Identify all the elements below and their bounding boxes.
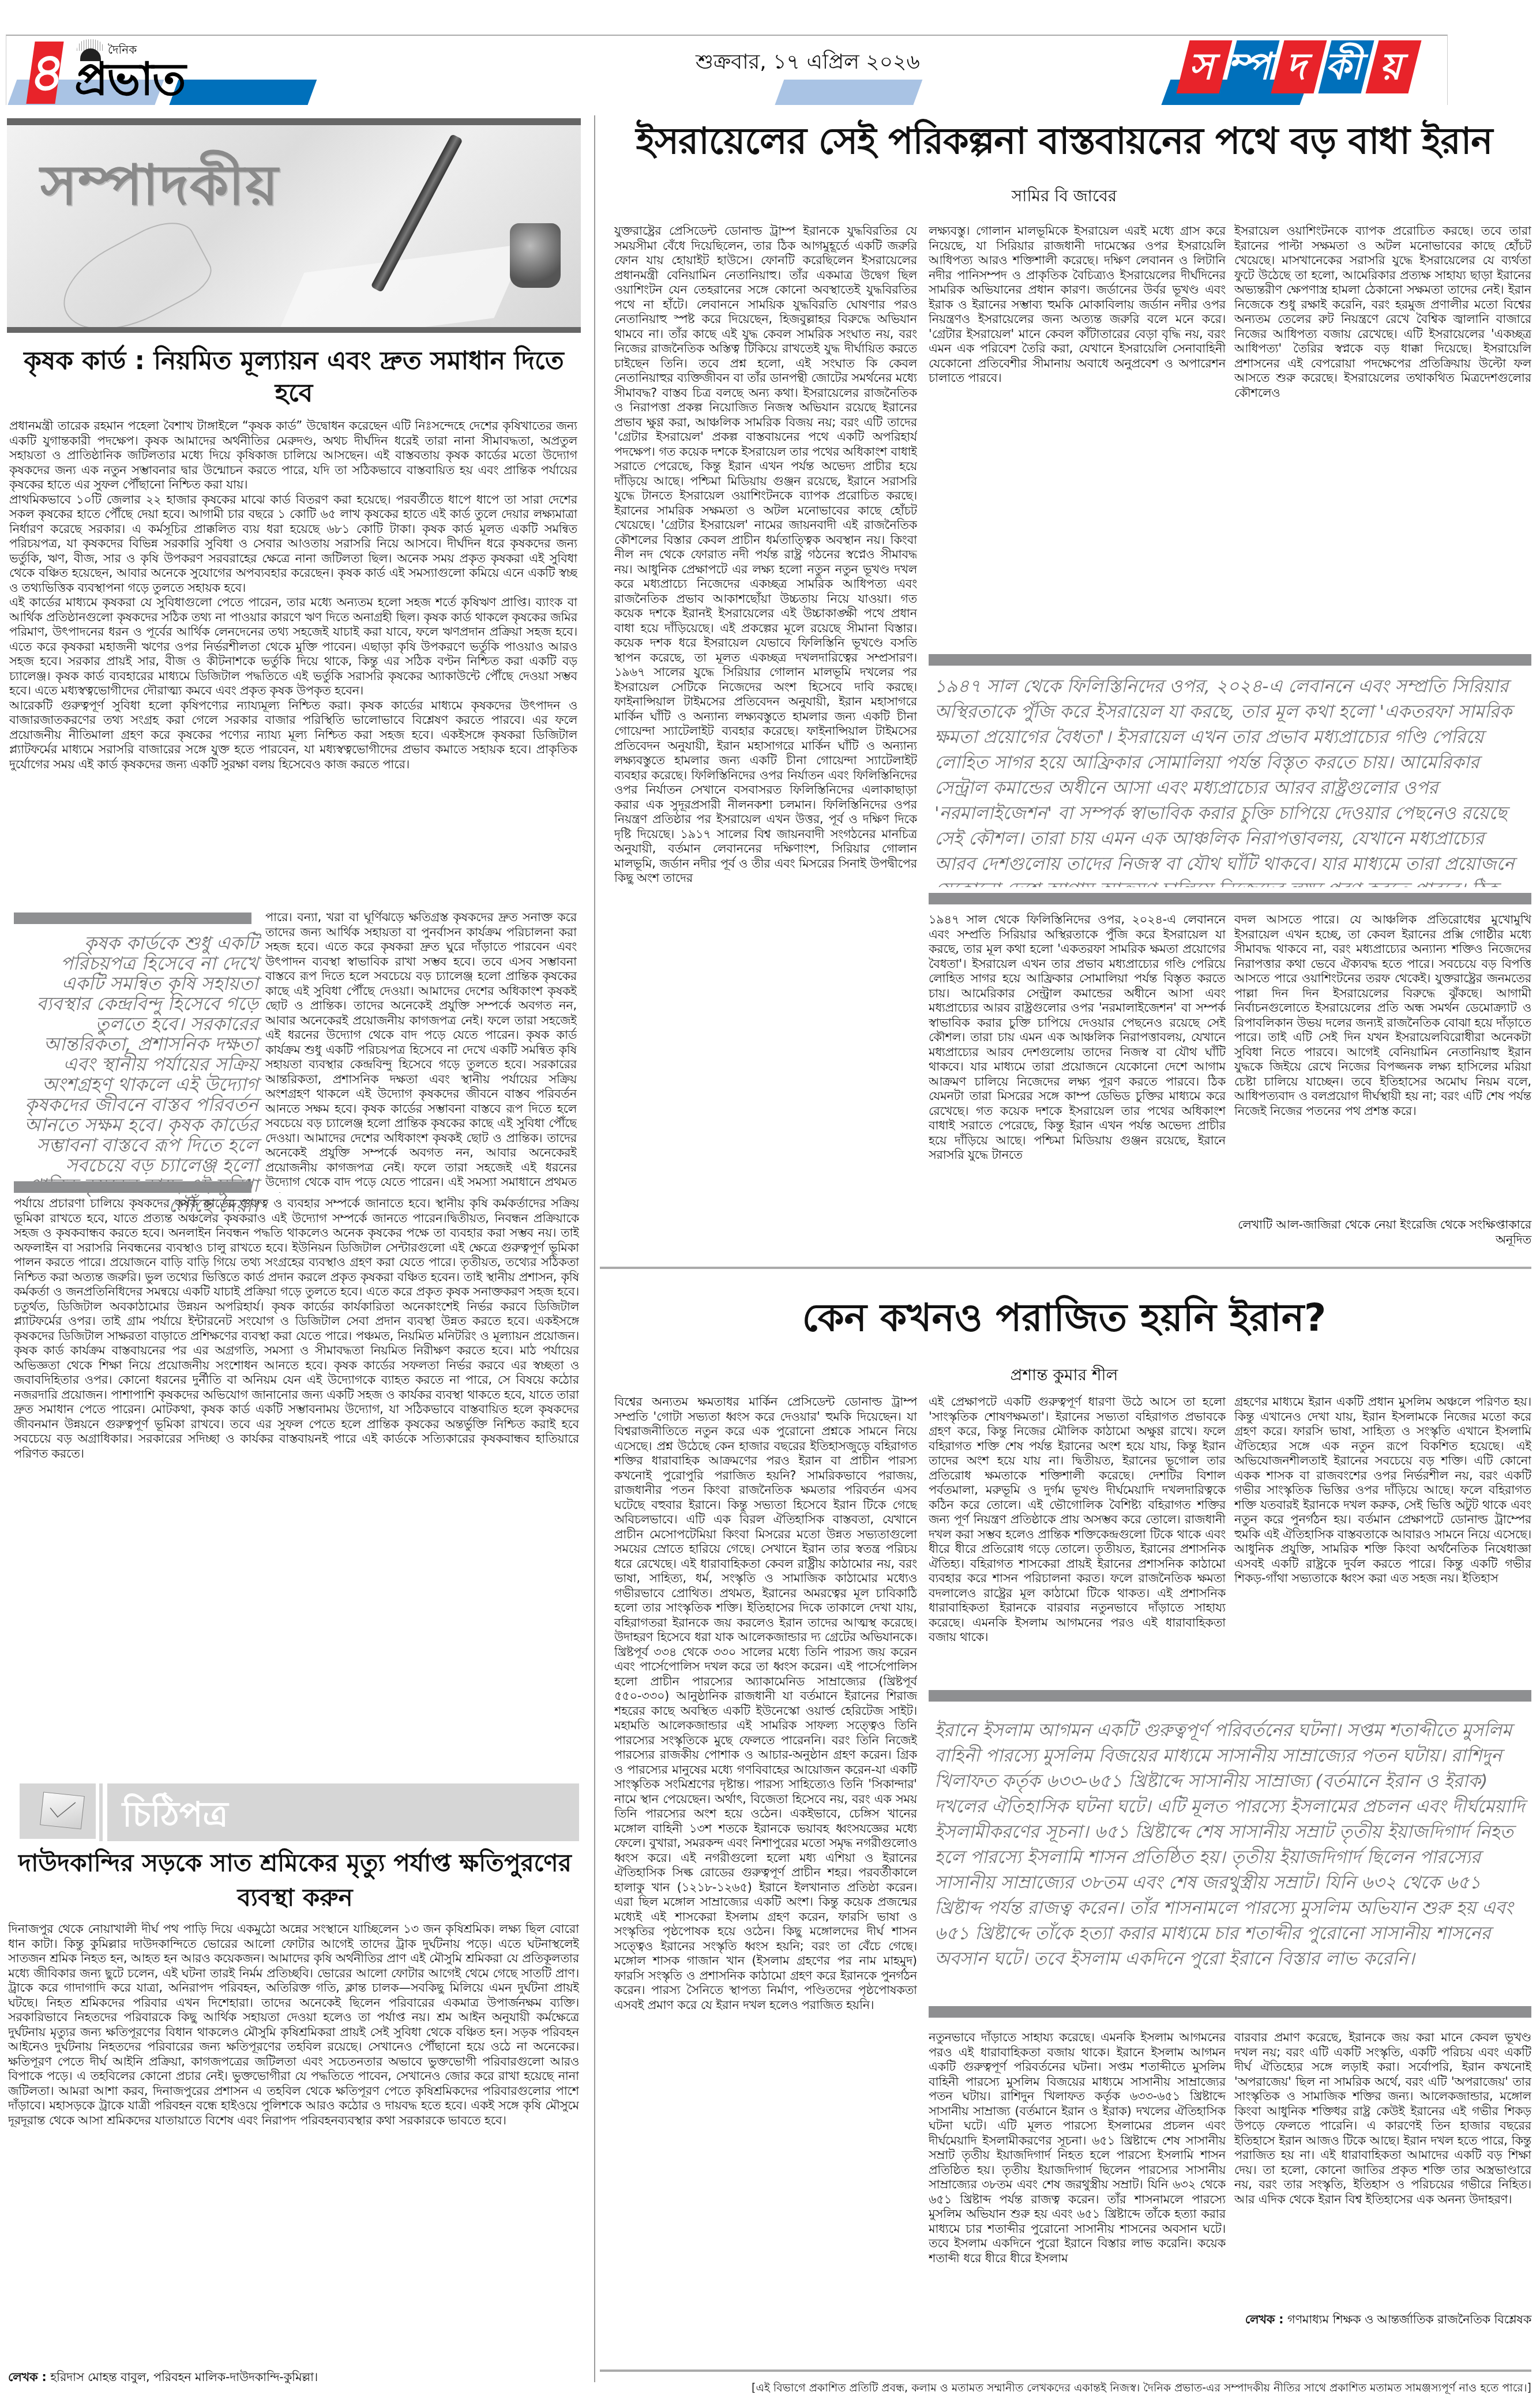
article1-column-3: ইসরায়েল ওয়াশিংটনকে ব্যাপক প্ররোচিত করছ… [1234,224,1531,648]
author-label: লেখক : [1245,2312,1284,2326]
letters-banner: চিঠিপত্র [20,1783,579,1841]
banner-separator [99,1783,103,1841]
letter-author: লেখক : হরিদাস মোহন্ত বাবুল, পরিবহন মালিক… [8,2368,579,2388]
envelope-icon [40,1792,85,1829]
section-letter: স [1177,40,1233,93]
masthead: ৪ দৈনিক প্রভাত শুক্রবার, ১৭ এপ্রিল ২০২৬ … [6,35,1448,105]
paragraph: দিনাজপুর থেকে নোয়াখালী দীর্ঘ পথ পাড়ি দ… [8,1922,579,2128]
paragraph: পারে। বন্যা, খরা বা ঘূর্ণিঝড়ে ক্ষতিগ্রস… [265,910,577,1193]
article1-column-2: লক্ষ্যবস্তু। গোলান মালভূমিকে ইসরায়েল এর… [929,224,1226,648]
paragraph: বারবার প্রমাণ করেছে, ইরানকে জয় করা মানে… [1234,2030,1531,2207]
article1-pull-quote: ১৯৪৭ সাল থেকে ফিলিস্তিনিদের ওপর, ২০২৪-এ … [934,674,1528,887]
article1-headline[interactable]: ইসরায়েলের সেই পরিকল্পনা বাস্তবায়নের পথ… [600,118,1528,164]
footer-divider [600,2370,1531,2372]
paragraph: পর্যায়ে প্রচারণা চালিয়ে কৃষকদের কৃষক ক… [14,1196,579,1461]
paragraph: ১৯৪৭ সাল থেকে ফিলিস্তিনিদের ওপর, ২০২৪-এ … [929,913,1226,1163]
newspaper-logo[interactable]: দৈনিক প্রভাত [74,36,155,105]
masthead-band-decoration [775,80,923,105]
section-letter: ম্পা [1224,40,1280,93]
opinion-disclaimer: [এই বিভাগে প্রকাশিত প্রতিটি প্রবন্ধ, কলা… [600,2380,1531,2398]
editorial-body-right: পারে। বন্যা, খরা বা ঘূর্ণিঝড়ে ক্ষতিগ্রস… [265,910,577,1193]
ink-bottle-icon [510,223,561,288]
column-divider [594,115,595,2382]
article1-source-note: লেখাটি আল-জাজিরা থেকে নেয়া ইংরেজি থেকে … [1234,1217,1531,1247]
author-name: হরিদাস মোহন্ত বাবুল, পরিবহন মালিক-দাউদকা… [50,2370,318,2384]
article2-column-3: গ্রহণের মাধ্যমে ইরান একটি প্রধান মুসলিম … [1234,1395,1531,1677]
author-label: লেখক : [8,2370,47,2384]
issue-date: শুক্রবার, ১৭ এপ্রিল ২০২৬ [696,46,920,81]
editorial-banner-title: সম্পাদকীয় [40,142,279,235]
section-letter: য় [1366,40,1422,93]
logo-name: প্রভাত [74,55,185,104]
article2-column-2-continued: নতুনভাবে দাঁড়াতে সাহায্য করেছে। এমনকি ই… [929,2030,1226,2362]
letters-title-box: চিঠিপত্র [107,1783,579,1841]
pull-quote-divider [929,1690,1531,1702]
paragraph: আরেকটি গুরুত্বপূর্ণ সুবিধা হলো কৃষিপণ্যে… [9,699,577,772]
paragraph: বদল আসতে পারে। যে আঞ্চলিক প্রতিরোধের মুখ… [1234,913,1531,1118]
paragraph: প্রধানমন্ত্রী তারেক রহমান পহেলা বৈশাখ টা… [9,419,577,493]
paragraph: এই প্রেক্ষাপটে একটি গুরুত্বপূর্ণ ধারণা উ… [929,1395,1226,1645]
article2-author: লেখক : গণমাধ্যম শিক্ষক ও আন্তর্জাতিক রাজ… [1234,2311,1531,2328]
paragraph: বিশ্বের অন্যতম ক্ষমতাধর মার্কিন প্রেসিডে… [614,1395,917,2012]
article1-byline: সামির বি জাবের [600,183,1528,211]
pull-quote-divider [14,913,251,924]
article1-column-1: যুক্তরাষ্ট্রের প্রেসিডেন্ট ডোনাল্ড ট্রাম… [614,224,917,1256]
editorial-body-top: প্রধানমন্ত্রী তারেক রহমান পহেলা বৈশাখ টা… [9,419,577,909]
pull-quote-divider [14,1181,251,1193]
letter-headline[interactable]: দাউদকান্দির সড়কে সাত শ্রমিকের মৃত্যু পর… [14,1846,576,1915]
article2-headline[interactable]: কেন কখনও পরাজিত হয়নি ইরান? [600,1292,1528,1344]
pull-quote-divider [929,893,1531,904]
article2-pull-quote: ইরানে ইসলাম আগমন একটি গুরুত্বপূর্ণ পরিবর… [934,1718,1528,1995]
article2-column-1: বিশ্বের অন্যতম ক্ষমতাধর মার্কিন প্রেসিডে… [614,1395,917,2358]
pull-quote-divider [929,2006,1531,2018]
article2-column-3-continued: বারবার প্রমাণ করেছে, ইরানকে জয় করা মানে… [1234,2030,1531,2296]
section-label-sampadakiya: স ম্পা দ কী য় [1183,40,1415,93]
masthead-band-decoration [169,80,317,105]
article2-column-2: এই প্রেক্ষাপটে একটি গুরুত্বপূর্ণ ধারণা উ… [929,1395,1226,1677]
editorial-headline[interactable]: কৃষক কার্ড : নিয়মিত মূল্যায়ন এবং দ্রুত… [7,345,581,410]
paragraph: লক্ষ্যবস্তু। গোলান মালভূমিকে ইসরায়েল এর… [929,224,1226,386]
paragraph: এই কার্ডের মাধ্যমে কৃষকরা যে সুবিধাগুলো … [9,595,577,699]
editorial-body-bottom: পর্যায়ে প্রচারণা চালিয়ে কৃষকদের কৃষক ক… [14,1196,579,1773]
editorial-pull-quote: কৃষক কার্ডকে শুধু একটি পরিচয়পত্র হিসেবে… [17,933,258,1216]
paragraph: যুক্তরাষ্ট্রের প্রেসিডেন্ট ডোনাল্ড ট্রাম… [614,224,917,886]
paragraph: নতুনভাবে দাঁড়াতে সাহায্য করেছে। এমনকি ই… [929,2030,1226,2266]
paragraph: প্রাথমিকভাবে ১০টি জেলার ২২ হাজার কৃষকের … [9,493,577,596]
article-divider [600,1267,1531,1269]
paragraph: ইসরায়েল ওয়াশিংটনকে ব্যাপক প্ররোচিত করছ… [1234,224,1531,400]
article1-column-2-continued: ১৯৪৭ সাল থেকে ফিলিস্তিনিদের ওপর, ২০২৪-এ … [929,913,1226,1259]
page-number: ৪ [26,42,63,104]
letter-body: দিনাজপুর থেকে নোয়াখালী দীর্ঘ পথ পাড়ি দ… [8,1922,579,2363]
editorial-banner: সম্পাদকীয় [7,118,581,333]
author-description: গণমাধ্যম শিক্ষক ও আন্তর্জাতিক রাজনৈতিক ব… [1287,2312,1531,2326]
envelope-box [20,1783,96,1839]
section-letter: কী [1319,40,1374,93]
letters-banner-title: চিঠিপত্র [122,1788,228,1846]
paragraph: গ্রহণের মাধ্যমে ইরান একটি প্রধান মুসলিম … [1234,1395,1531,1586]
article2-byline: প্রশান্ত কুমার শীল [600,1362,1528,1390]
pull-quote-divider [929,654,1531,666]
article1-column-3-continued: বদল আসতে পারে। যে আঞ্চলিক প্রতিরোধের মুখ… [1234,913,1531,1204]
